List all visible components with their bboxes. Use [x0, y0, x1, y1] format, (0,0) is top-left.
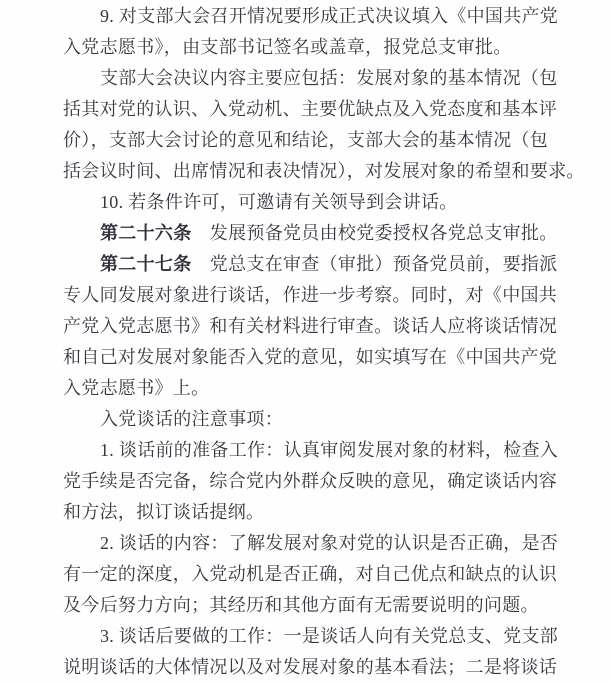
text-line-content: 支部大会决议内容主要应包括：发展对象的基本情况（包 — [100, 68, 558, 88]
text-line: 说明谈话的大体情况以及对发展对象的基本看法；二是将谈话 — [63, 652, 548, 683]
text-line: 党手续是否完备，综合党内外群众反映的意见，确定谈话内容 — [63, 466, 548, 497]
text-line: 和自己对发展对象能否入党的意见，如实填写在《中国共产党 — [63, 342, 548, 373]
text-line: 产党入党志愿书》和有关材料进行审查。谈话人应将谈话情况 — [63, 311, 548, 342]
text-line: 和方法，拟订谈话提纲。 — [63, 497, 548, 528]
text-line: 价），支部大会讨论的意见和结论，支部大会的基本情况（包 — [63, 125, 548, 156]
text-line: 入党志愿书》上。 — [63, 373, 548, 404]
text-line-content: 说明谈话的大体情况以及对发展对象的基本看法；二是将谈话 — [63, 657, 557, 677]
text-line-article-27: 第二十七条 党总支在审查（审批）预备党员前，要指派 — [63, 249, 548, 280]
text-line: 括其对党的认识、入党动机、主要优缺点及入党态度和基本评 — [63, 94, 548, 125]
text-line-content: 发展预备党员由校党委授权各党总支审批。 — [192, 223, 558, 243]
text-line: 10. 若条件许可，可邀请有关领导到会讲话。 — [63, 187, 548, 218]
text-line-content: 括会议时间、出席情况和表决情况），对发展对象的希望和要求。 — [63, 161, 585, 181]
text-line: 2. 谈话的内容：了解发展对象对党的认识是否正确，是否 — [63, 528, 548, 559]
text-line: 1. 谈话前的准备工作：认真审阅发展对象的材料，检查入 — [63, 435, 548, 466]
article-27-number: 第二十七条 — [100, 254, 192, 274]
text-line-content: 10. 若条件许可，可邀请有关领导到会讲话。 — [100, 192, 458, 212]
document-page: 9. 对支部大会召开情况要形成正式决议填入《中国共产党 入党志愿书》，由支部书记… — [0, 0, 612, 684]
text-line-content: 1. 谈话前的准备工作：认真审阅发展对象的材料，检查入 — [100, 440, 558, 460]
text-line-content: 党手续是否完备，综合党内外群众反映的意见，确定谈话内容 — [63, 471, 557, 491]
article-26-number: 第二十六条 — [100, 223, 192, 243]
text-line: 3. 谈话后要做的工作：一是谈话人向有关党总支、党支部 — [63, 621, 548, 652]
text-line-content: 3. 谈话后要做的工作：一是谈话人向有关党总支、党支部 — [100, 626, 558, 646]
text-line-content: 有一定的深度，入党动机是否正确，对自己优点和缺点的认识 — [63, 564, 557, 584]
text-line-content: 9. 对支部大会召开情况要形成正式决议填入《中国共产党 — [100, 6, 558, 26]
text-line: 有一定的深度，入党动机是否正确，对自己优点和缺点的认识 — [63, 559, 548, 590]
text-line: 入党谈话的注意事项： — [63, 404, 548, 435]
text-line: 及今后努力方向；其经历和其他方面有无需要说明的问题。 — [63, 590, 548, 621]
text-line-content: 产党入党志愿书》和有关材料进行审查。谈话人应将谈话情况 — [63, 316, 557, 336]
text-line-content: 入党志愿书》，由支部书记签名或盖章，报党总支审批。 — [63, 37, 512, 57]
text-line: 9. 对支部大会召开情况要形成正式决议填入《中国共产党 — [63, 1, 548, 32]
text-line-article-26: 第二十六条 发展预备党员由校党委授权各党总支审批。 — [63, 218, 548, 249]
text-line: 支部大会决议内容主要应包括：发展对象的基本情况（包 — [63, 63, 548, 94]
text-line: 专人同发展对象进行谈话，作进一步考察。同时，对《中国共 — [63, 280, 548, 311]
text-line-content: 和方法，拟订谈话提纲。 — [63, 502, 264, 522]
text-line: 入党志愿书》，由支部书记签名或盖章，报党总支审批。 — [63, 32, 548, 63]
text-line-content: 入党谈话的注意事项： — [100, 409, 283, 429]
text-line-content: 价），支部大会讨论的意见和结论，支部大会的基本情况（包 — [63, 130, 548, 150]
text-line-content: 入党志愿书》上。 — [63, 378, 209, 398]
document-body: 9. 对支部大会召开情况要形成正式决议填入《中国共产党 入党志愿书》，由支部书记… — [63, 1, 548, 683]
text-line-content: 括其对党的认识、入党动机、主要优缺点及入党态度和基本评 — [63, 99, 557, 119]
text-line-content: 2. 谈话的内容：了解发展对象对党的认识是否正确，是否 — [100, 533, 558, 553]
text-line-content: 及今后努力方向；其经历和其他方面有无需要说明的问题。 — [63, 595, 539, 615]
text-line: 括会议时间、出席情况和表决情况），对发展对象的希望和要求。 — [63, 156, 548, 187]
text-line-content: 和自己对发展对象能否入党的意见，如实填写在《中国共产党 — [63, 347, 557, 367]
text-line-content: 党总支在审查（审批）预备党员前，要指派 — [192, 254, 558, 274]
text-line-content: 专人同发展对象进行谈话，作进一步考察。同时，对《中国共 — [63, 285, 557, 305]
